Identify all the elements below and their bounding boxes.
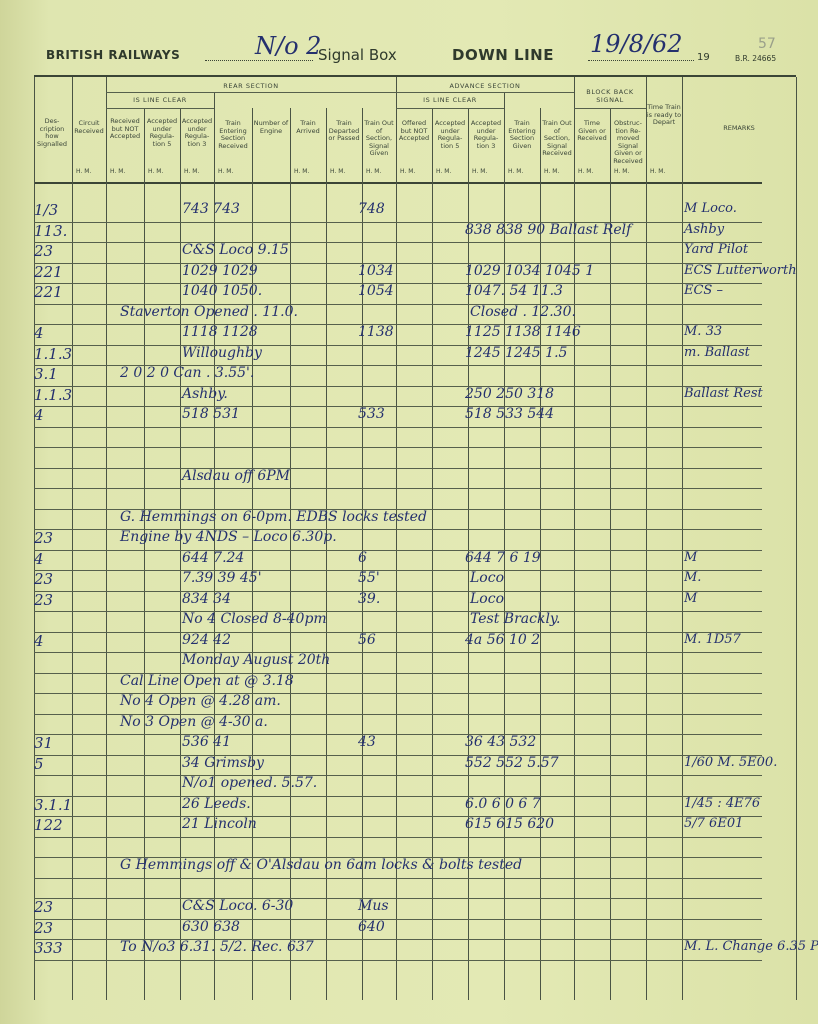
row-rule	[34, 878, 762, 879]
entry-rear-section: Staverton Opened . 11.0.	[120, 304, 298, 320]
entry-description: 23	[34, 242, 53, 260]
entry-description: 31	[34, 734, 53, 752]
hours-minutes-label: H. M.	[650, 168, 665, 175]
row-rule	[34, 570, 762, 571]
entry-remarks: M	[684, 591, 697, 606]
entry-description: 122	[34, 816, 63, 834]
entry-advance-section: 1245 1245 1.5	[465, 345, 567, 361]
entry-advance-section: 518 533 544	[465, 406, 554, 422]
entry-advance-section: Test Brackly.	[470, 611, 560, 627]
grid-column-line	[574, 77, 575, 1000]
entry-advance-section: 4a 56 10 2	[465, 632, 540, 648]
entry-advance-section: 838 838 90 Ballast Relf	[465, 222, 631, 238]
row-rule	[34, 960, 762, 961]
entry-rear-section: 1040 1050.	[182, 283, 262, 299]
entry-description: 4	[34, 632, 44, 650]
header-divider	[106, 108, 214, 109]
grid-column-line	[682, 77, 683, 1000]
header-divider	[396, 92, 574, 93]
entry-description: 1.1.3	[34, 345, 72, 363]
hours-minutes-label: H. M.	[436, 168, 451, 175]
entry-rear-section: Willoughby	[182, 345, 262, 361]
org-title: BRITISH RAILWAYS	[46, 48, 180, 62]
entry-out-of-section: 1054	[358, 283, 394, 299]
row-rule	[34, 447, 762, 448]
grid-column-line	[796, 77, 797, 1000]
entry-rear-section: C&S Loco 9.15	[182, 242, 289, 258]
col-description-header: Des-cription how Signalled	[34, 118, 70, 148]
row-rule	[34, 632, 762, 633]
hours-minutes-label: H. M.	[110, 168, 125, 175]
entry-remarks: m. Ballast	[684, 345, 750, 360]
rear-col-header: Train Entering Section Received	[214, 120, 252, 150]
rear-col-header: Received but NOT Accepted	[106, 118, 144, 141]
entry-out-of-section: 748	[358, 201, 385, 217]
block-back-header: BLOCK BACK SIGNAL	[574, 88, 646, 104]
hours-minutes-label: H. M.	[400, 168, 415, 175]
entry-rear-section: G Hemmings off & O'Alsdau on 6am locks &…	[120, 857, 522, 873]
entry-remarks: M Loco.	[684, 201, 737, 216]
entry-description: 333	[34, 939, 63, 957]
entry-remarks: M	[684, 550, 697, 565]
entry-rear-section: 924 42	[182, 632, 231, 648]
row-rule	[34, 324, 762, 325]
line-title: DOWN LINE	[452, 46, 554, 64]
entry-description: 23	[34, 529, 53, 547]
entry-out-of-section: 39.	[358, 591, 380, 607]
entry-description: 3.1.1	[34, 796, 72, 814]
row-rule	[34, 427, 762, 428]
entry-advance-section: 36 43 532	[465, 734, 536, 750]
entry-remarks: 1/45 : 4E76	[684, 796, 760, 811]
entry-advance-section: 1047. 54 11.3	[465, 283, 563, 299]
rear-section-header: REAR SECTION	[106, 82, 396, 90]
entry-description: 5	[34, 755, 44, 773]
hours-minutes-label: H. M.	[184, 168, 199, 175]
entry-description: 4	[34, 550, 44, 568]
box-name: N/o 2	[255, 32, 321, 60]
entry-out-of-section: 1034	[358, 263, 394, 279]
row-rule	[34, 734, 762, 735]
row-rule	[34, 345, 762, 346]
year-prefix: 19	[697, 52, 710, 63]
entry-rear-section: Monday August 20th	[182, 652, 330, 668]
entry-rear-section: 1029 1029	[182, 263, 258, 279]
advance-is-line-clear-header: IS LINE CLEAR	[396, 96, 504, 104]
entry-rear-section: 644 7.24	[182, 550, 244, 566]
entry-advance-section: Loco	[470, 570, 504, 586]
entry-rear-section: No 4 Open @ 4.28 am.	[120, 693, 281, 709]
row-rule	[34, 263, 762, 264]
hours-minutes-label: H. M.	[330, 168, 345, 175]
row-rule	[34, 652, 762, 653]
date: 19/8/62	[590, 30, 683, 58]
hours-minutes-label: H. M.	[76, 168, 91, 175]
entry-rear-section: No 4 Closed 8-40pm	[182, 611, 327, 627]
entry-description: 4	[34, 406, 44, 424]
entry-out-of-section: Mus	[358, 898, 389, 914]
row-rule	[34, 406, 762, 407]
rear-col-header: Train Arrived	[290, 120, 326, 135]
entry-rear-section: 536 41	[182, 734, 231, 750]
entry-rear-section: 7.39 39 45'	[182, 570, 262, 586]
entry-remarks: ECS –	[684, 283, 723, 298]
row-rule	[34, 488, 762, 489]
row-rule	[34, 796, 762, 797]
entry-out-of-section: 640	[358, 919, 385, 935]
grid-column-line	[72, 77, 73, 1000]
entry-description: 1/3	[34, 201, 58, 219]
row-rule	[34, 837, 762, 838]
row-rule	[34, 775, 762, 776]
entry-rear-section: N/o1 opened. 5.57.	[182, 775, 317, 791]
col-circuit-header: Circuit Received	[72, 120, 106, 135]
entry-advance-section: 644 7 6 19	[465, 550, 541, 566]
hours-minutes-label: H. M.	[366, 168, 381, 175]
row-rule	[34, 919, 762, 920]
entry-rear-section: Engine by 4NDS – Loco 6.30p.	[120, 529, 337, 545]
entry-advance-section: 6.0 6 0 6 7	[465, 796, 541, 812]
row-rule	[34, 222, 762, 223]
entry-remarks: M. 33	[684, 324, 722, 339]
hours-minutes-label: H. M.	[294, 168, 309, 175]
advance-col-header: Train Entering Section Given	[504, 120, 540, 150]
entry-rear-section: Alsdau off 6PM	[182, 468, 290, 484]
row-rule	[34, 816, 762, 817]
entry-rear-section: 26 Leeds.	[182, 796, 251, 812]
signal-box-register-page: BRITISH RAILWAYS N/o 2 Signal Box DOWN L…	[0, 0, 818, 1024]
row-rule	[34, 242, 762, 243]
entry-rear-section: 34 Grimsby	[182, 755, 264, 771]
hours-minutes-label: H. M.	[578, 168, 593, 175]
grid-column-line	[106, 77, 107, 1000]
row-rule	[34, 591, 762, 592]
entry-remarks: ECS Lutterworth	[684, 263, 797, 278]
entry-advance-section: 552 552 5.57	[465, 755, 559, 771]
entry-rear-section: 1118 1128	[182, 324, 258, 340]
col-remarks-header: REMARKS	[682, 125, 796, 133]
row-rule	[34, 755, 762, 756]
entry-advance-section: 1029 1034 1045 1	[465, 263, 594, 279]
entry-rear-section: C&S Loco. 6-30	[182, 898, 293, 914]
col-ready-header: Time Train is ready to Depart	[646, 104, 682, 127]
hours-minutes-label: H. M.	[544, 168, 559, 175]
grid-column-line	[646, 77, 647, 1000]
entry-rear-section: 743 743	[182, 201, 240, 217]
row-rule	[34, 611, 762, 612]
rear-col-header: Accepted under Regula-tion 3	[180, 118, 214, 148]
entry-out-of-section: 1138	[358, 324, 394, 340]
entry-advance-section: 250 250 318	[465, 386, 554, 402]
entry-rear-section: Cal Line Open at @ 3.18	[120, 673, 294, 689]
row-rule	[34, 468, 762, 469]
entry-advance-section: Loco	[470, 591, 504, 607]
box-label: Signal Box	[318, 46, 397, 64]
entry-rear-section: 2 0 2 0 Can . 3.55'.	[120, 365, 254, 381]
entry-advance-section: 1125 1138 1146	[465, 324, 581, 340]
hours-minutes-label: H. M.	[148, 168, 163, 175]
entry-rear-section: G. Hemmings on 6-0pm. EDBS locks tested	[120, 509, 427, 525]
entry-rear-section: 518 531	[182, 406, 240, 422]
entry-remarks: 5/7 6E01	[684, 816, 743, 831]
entry-out-of-section: 56	[358, 632, 376, 648]
entry-description: 23	[34, 898, 53, 916]
entry-remarks: M. L. Change 6.35 Pass	[684, 939, 818, 954]
rear-col-header: Number of Engine	[252, 120, 290, 135]
entry-description: 4	[34, 324, 44, 342]
entry-remarks: M.	[684, 570, 701, 585]
entry-remarks: Ashby	[684, 222, 724, 237]
entry-rear-section: 630 638	[182, 919, 240, 935]
box-name-dotted-line	[205, 60, 313, 61]
rear-col-header: Accepted under Regula-tion 5	[144, 118, 180, 148]
advance-col-header: Offered but NOT Accepted	[396, 120, 432, 143]
block-back-col-header: Obstruc-tion Re-moved Signal Given or Re…	[610, 120, 646, 165]
header-divider	[396, 108, 504, 109]
entry-remarks: M. 1D57	[684, 632, 741, 647]
entry-advance-section: Closed . 12.30.	[470, 304, 576, 320]
entry-remarks: 1/60 M. 5E00.	[684, 755, 777, 770]
block-back-col-header: Time Given or Received	[574, 120, 610, 143]
entry-description: 1.1.3	[34, 386, 72, 404]
advance-col-header: Accepted under Regula-tion 5	[432, 120, 468, 150]
row-rule	[34, 550, 762, 551]
entry-out-of-section: 55'	[358, 570, 380, 586]
header-divider	[106, 92, 396, 93]
entry-description: 221	[34, 283, 63, 301]
header-divider	[574, 108, 646, 109]
entry-rear-section: 21 Lincoln	[182, 816, 257, 832]
entry-rear-section: No 3 Open @ 4-30 a.	[120, 714, 268, 730]
entry-out-of-section: 533	[358, 406, 385, 422]
entry-out-of-section: 43	[358, 734, 376, 750]
entry-remarks: Ballast Rest	[684, 386, 763, 401]
entry-advance-section: 615 615 620	[465, 816, 554, 832]
hours-minutes-label: H. M.	[508, 168, 523, 175]
entry-rear-section: To N/o3 6.31. 5/2. Rec. 637	[120, 939, 314, 955]
entry-rear-section: 834 34	[182, 591, 231, 607]
advance-section-header: ADVANCE SECTION	[396, 82, 574, 90]
entry-description: 221	[34, 263, 63, 281]
entry-out-of-section: 6	[358, 550, 367, 566]
hours-minutes-label: H. M.	[614, 168, 629, 175]
row-rule	[34, 386, 762, 387]
row-rule	[34, 898, 762, 899]
entry-rear-section: Ashby.	[182, 386, 228, 402]
rear-is-line-clear-header: IS LINE CLEAR	[106, 96, 214, 104]
date-dotted-line	[588, 60, 694, 61]
rear-col-header: Train Departed or Passed	[326, 120, 362, 143]
advance-col-header: Accepted under Regula-tion 3	[468, 120, 504, 150]
hours-minutes-label: H. M.	[218, 168, 233, 175]
entry-description: 23	[34, 591, 53, 609]
entry-description: 3.1	[34, 365, 58, 383]
rear-col-header: Train Out of Section, Signal Given	[362, 120, 396, 158]
row-rule	[34, 283, 762, 284]
entry-description: 23	[34, 570, 53, 588]
entry-description: 113.	[34, 222, 67, 240]
entry-remarks: Yard Pilot	[684, 242, 748, 257]
entry-description: 23	[34, 919, 53, 937]
form-ref: B.R. 24665	[735, 54, 776, 63]
hours-minutes-label: H. M.	[472, 168, 487, 175]
page-number: 57	[758, 36, 776, 52]
advance-col-header: Train Out of Section, Signal Received	[540, 120, 574, 158]
